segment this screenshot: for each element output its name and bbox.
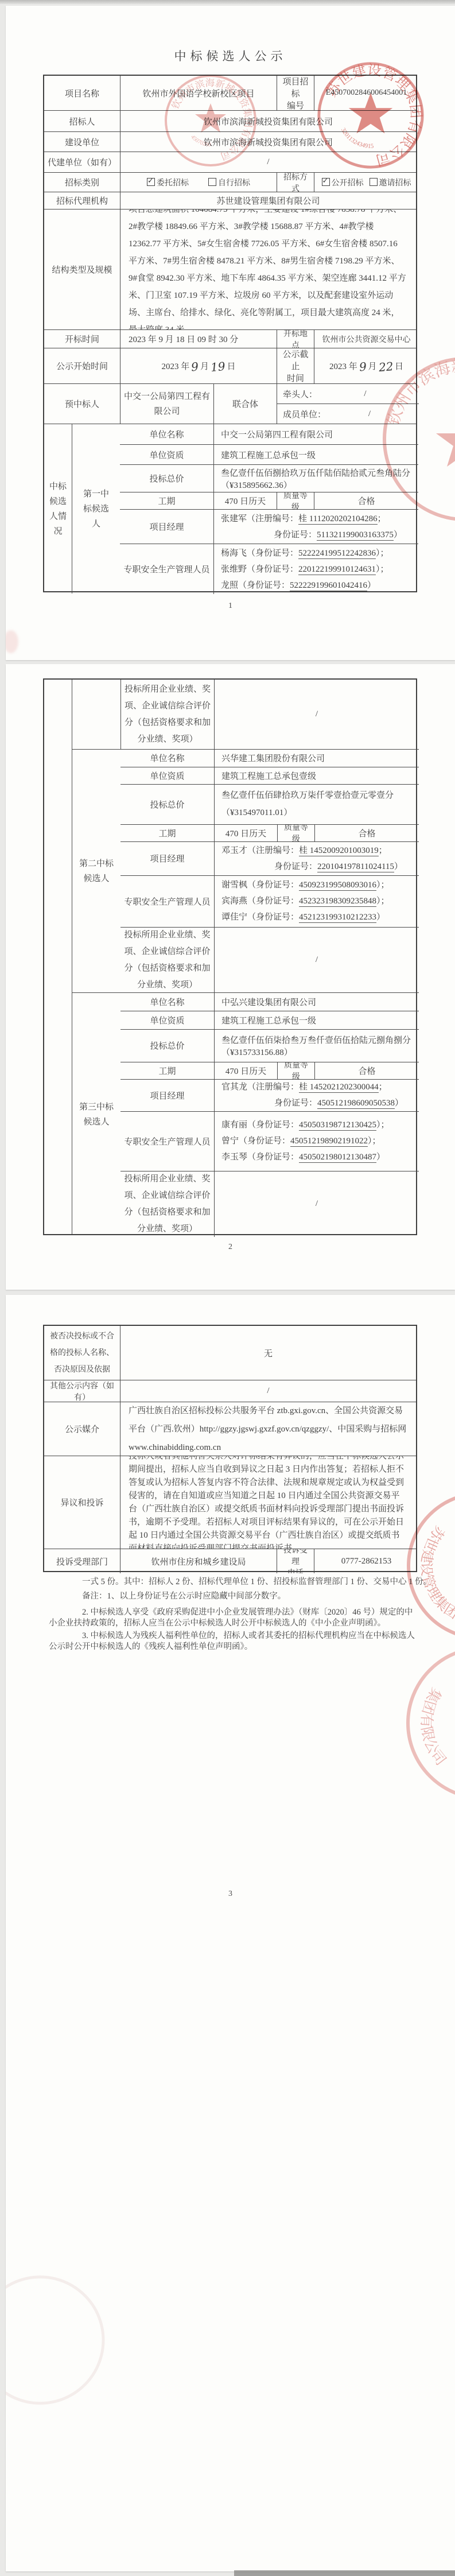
category-label: 招标类别 <box>44 173 120 192</box>
unit-name-label: 单位名称 <box>120 993 214 1011</box>
candidate-1-qual: 建筑工程施工总承包一级 <box>213 445 418 464</box>
other-content-label: 其他公示内容（如有） <box>44 1380 120 1402</box>
safety-staff-label: 专职安全生产管理人员 <box>120 876 214 927</box>
checkbox-unchecked-icon <box>208 178 216 186</box>
document-page-3: 被否决投标或不合格的投标人名称、否决原因及依据 无 其他公示内容（如有） / 公… <box>6 1295 455 2571</box>
quality-label: 质量等级 <box>277 1062 314 1079</box>
method-options: 公开招标 邀请招标 <box>314 173 418 192</box>
pm-label: 项目经理 <box>120 1080 214 1111</box>
media-value: 广西壮族自治区招标投标公共服务平台 ztb.gxi.gov.cn、全国公共资源交… <box>120 1402 416 1456</box>
candidate-1-price: 叁亿壹仟伍佰捌拾玖万伍仟陆佰陆拾贰元叁角陆分 （¥315895662.36） <box>213 465 418 492</box>
candidate-2-safety: 谢雪枫（身份证号：450923199508093016）； 宾海燕（身份证号：4… <box>214 876 419 927</box>
pm-label: 项目经理 <box>120 842 214 875</box>
ink-smudge <box>6 630 18 653</box>
candidate-2-perf: / <box>214 928 419 993</box>
open-place-label: 开标地点 <box>277 330 314 348</box>
tenderer-label: 招标人 <box>44 111 120 131</box>
project-name-label: 项目名称 <box>44 76 120 110</box>
candidate-3-perf: / <box>214 1171 419 1237</box>
page-number-1: 1 <box>6 602 455 611</box>
consortium-leader-row: 牵头人： / <box>277 384 419 404</box>
candidate-2-qual: 建筑工程施工总承包壹级 <box>214 767 419 784</box>
candidate-1-quality: 合格 <box>314 492 418 509</box>
agent-builder-value: / <box>120 152 416 172</box>
complaint-dept-value: 钦州市住房和城乡建设局 <box>120 1549 277 1573</box>
pm-label: 项目经理 <box>120 510 213 544</box>
unit-qual-label: 单位资质 <box>120 1011 214 1029</box>
open-place-value: 钦州市公共资源交易中心 <box>314 330 418 348</box>
remark-note-2: 2. 中标候选人享受《政府采购促进中小企业发展管理办法》（财库〔2020〕46 … <box>49 1607 419 1629</box>
quality-label: 质量等级 <box>277 492 314 509</box>
bid-price-label: 投标总价 <box>120 1030 214 1062</box>
quality-label: 质量等级 <box>277 825 314 841</box>
consortium-member-row: 成员单位： / <box>277 404 419 424</box>
candidate-2-quality: 合格 <box>314 825 419 841</box>
scan-edge-top <box>0 0 455 4</box>
open-time-label: 开标时间 <box>44 330 120 348</box>
publicity-end-value: 2023 年 9 月 22 日 <box>314 348 418 383</box>
structure-value: 项目总建筑面积 104084.75 平方米，主要建设 1#综合楼 7858.78… <box>120 210 416 329</box>
candidate-2-name: 兴华建工集团股份有限公司 <box>214 750 419 767</box>
perf-label: 投标所用企业业绩、奖项、企业诚信综合评价分（包括资格要求和加分业绩、奖项） <box>120 1171 214 1237</box>
candidates-situation-column <box>44 680 72 1234</box>
safety-staff-label: 专职安全生产管理人员 <box>120 1112 214 1171</box>
member-value: / <box>368 409 371 419</box>
candidate-2-label: 第二中标候选人 <box>72 750 120 992</box>
bid-price-label: 投标总价 <box>120 785 214 824</box>
candidate-1-label: 第一中标候选人 <box>72 424 120 593</box>
page-number-2: 2 <box>6 1243 455 1252</box>
agency-seal-edge-lower: 集团有限公司 <box>403 1643 455 1803</box>
category-options: 委托招标 自行招标 <box>120 173 277 192</box>
candidate-3-price: 叁亿壹仟伍佰柒拾叁万叁仟壹佰伍拾陆元捌角捌分 （¥315733156.88） <box>214 1030 419 1062</box>
method-option-checked: 公开招标 <box>322 177 364 188</box>
media-label: 公示媒介 <box>44 1402 120 1456</box>
candidate-1-label-continued <box>72 713 120 716</box>
remark-note-3: 3. 中标候选人为残疾人福利性单位的，招标人或者其委托的招标代理机构应当在中标候… <box>49 1631 419 1652</box>
other-content-value: / <box>120 1380 416 1402</box>
handwritten-month: 9 <box>190 359 199 374</box>
candidates-situation-label: 中标候选人情况 <box>44 424 72 593</box>
document-page-1: 中标候选人公示 项目名称 钦州市外国语学校新校区项目 项目招标 编号 E4507… <box>6 6 455 660</box>
candidate-3-duration: 470 日历天 <box>214 1062 277 1079</box>
category-option-checked: 委托招标 <box>147 177 189 188</box>
complaint-dept-label: 投诉受理部门 <box>44 1549 120 1573</box>
candidate-1-name: 中交一公局第四工程有限公司 <box>213 424 418 444</box>
category-option-unchecked: 自行招标 <box>208 177 250 188</box>
bid-number-value: E4507002846006454001 <box>314 76 418 110</box>
complaint-tel-value: 0777-2862153 <box>314 1549 418 1573</box>
objection-label: 异议和投诉 <box>44 1456 120 1549</box>
candidate-3-safety: 康有丽（身份证号：450503198712130425）； 曾宁（身份证号：45… <box>214 1112 419 1171</box>
unit-qual-label: 单位资质 <box>120 445 213 464</box>
agent-builder-label: 代建单位（如有） <box>44 152 120 172</box>
rejected-bidders-value: 无 <box>120 1326 416 1380</box>
handwritten-day: 22 <box>378 359 394 374</box>
unit-qual-label: 单位资质 <box>120 767 214 784</box>
star-icon <box>436 413 455 467</box>
candidate-1-perf: / <box>214 680 419 749</box>
candidate-3-name: 中弘兴建设集团有限公司 <box>214 993 419 1011</box>
candidate-1-safety: 杨海飞（身份证号：522224199512242836）； 张维野（身份证号：2… <box>213 544 418 594</box>
svg-text:集团有限公司: 集团有限公司 <box>418 1685 449 1768</box>
candidate-2-duration: 470 日历天 <box>214 825 277 841</box>
open-time-value: 2023 年 9 月 18 日 09 时 30 分 <box>120 330 277 348</box>
candidate-2-pm: 邓玉才（注册编号：桂 1452009201003019； 身份证号：220104… <box>214 842 419 875</box>
candidates-table-continued: 投标所用企业业绩、奖项、企业诚信综合评价分（包括资格要求和加分业绩、奖项） / … <box>43 678 417 1235</box>
method-option-unchecked: 邀请招标 <box>370 177 411 188</box>
faint-seal <box>6 2271 109 2409</box>
bid-price-label: 投标总价 <box>120 465 213 492</box>
complaint-tel-label: 投诉受理 电话 <box>277 1549 314 1573</box>
perf-label: 投标所用企业业绩、奖项、企业诚信综合评价分（包括资格要求和加分业绩、奖项） <box>120 928 214 993</box>
agency-label: 招标代理机构 <box>44 192 120 209</box>
safety-staff-label: 专职安全生产管理人员 <box>120 544 213 594</box>
checkbox-checked-icon <box>147 178 155 186</box>
handwritten-day: 19 <box>210 359 225 374</box>
bid-number-label: 项目招标 编号 <box>277 76 314 110</box>
agency-value: 苏世建设管理集团有限公司 <box>120 192 416 209</box>
unit-name-label: 单位名称 <box>120 750 214 767</box>
project-name-value: 钦州市外国语学校新校区项目 <box>120 76 277 110</box>
checkbox-checked-icon <box>322 178 330 186</box>
duration-label: 工期 <box>120 492 213 509</box>
document-page-2: 投标所用企业业绩、奖项、企业诚信综合评价分（包括资格要求和加分业绩、奖项） / … <box>6 664 455 1290</box>
copies-note: 一式 5 份。其中：招标人 2 份、招标代理单位 1 份、招投标监督管理部门 1… <box>49 1577 452 1588</box>
checkbox-unchecked-icon <box>370 178 378 186</box>
candidate-3-qual: 建筑工程施工总承包一级 <box>214 1011 419 1029</box>
builder-value: 钦州市滨海新城投资集团有限公司 <box>120 132 416 152</box>
publicity-end-label: 公示截止 时间 <box>277 348 314 383</box>
pre-winner-label: 预中标人 <box>44 384 120 424</box>
remark-note-1: 备注：1、以上身份证号在公示时应隐藏中间部分数字。 <box>49 1591 452 1602</box>
duration-label: 工期 <box>120 825 214 841</box>
tenderer-value: 钦州市滨海新城投资集团有限公司 <box>120 111 416 131</box>
candidate-1-duration: 470 日历天 <box>213 492 277 509</box>
rejected-bidders-label: 被否决投标或不合格的投标人名称、否决原因及依据 <box>44 1326 120 1380</box>
handwritten-month: 9 <box>359 359 367 374</box>
pre-winner-value: 中交一公局第四工程有限公司 <box>120 384 213 424</box>
candidate-3-pm: 官其龙（注册编号：桂 1452021202300044； 身份证号：450512… <box>214 1080 419 1111</box>
unit-name-label: 单位名称 <box>120 424 213 444</box>
page-number-3: 3 <box>6 1890 455 1899</box>
bid-info-table: 项目名称 钦州市外国语学校新校区项目 项目招标 编号 E450700284600… <box>43 75 417 592</box>
candidate-1-pm: 张建军（注册编号：桂 1112020202104286； 身份证号：511321… <box>213 510 418 544</box>
consortium-label: 联合体 <box>213 384 277 424</box>
leader-value: / <box>364 389 366 399</box>
publicity-table: 被否决投标或不合格的投标人名称、否决原因及依据 无 其他公示内容（如有） / 公… <box>43 1325 417 1572</box>
publicity-start-label: 公示开始时间 <box>44 348 120 383</box>
candidate-3-label: 第三中标候选人 <box>72 993 120 1236</box>
scan-edge-bottom <box>234 2570 455 2576</box>
objection-value: 投标人或者其他利害关系人对评标结果有异议的，应当在中标候选人公示期间提出，招标人… <box>120 1456 416 1549</box>
publicity-start-value: 2023 年 9 月 19 日 <box>120 348 277 383</box>
method-label: 招标方式 <box>277 173 314 192</box>
perf-label: 投标所用企业业绩、奖项、企业诚信综合评价分（包括资格要求和加分业绩、奖项） <box>120 680 214 749</box>
builder-label: 建设单位 <box>44 132 120 152</box>
duration-label: 工期 <box>120 1062 214 1079</box>
candidate-3-quality: 合格 <box>314 1062 419 1079</box>
structure-label: 结构类型及规模 <box>44 210 120 329</box>
page-title: 中标候选人公示 <box>6 47 455 64</box>
candidate-2-price: 叁亿壹仟伍佰肆拾玖万柒仟零壹拾壹元零壹分 （¥315497011.01） <box>214 785 419 824</box>
